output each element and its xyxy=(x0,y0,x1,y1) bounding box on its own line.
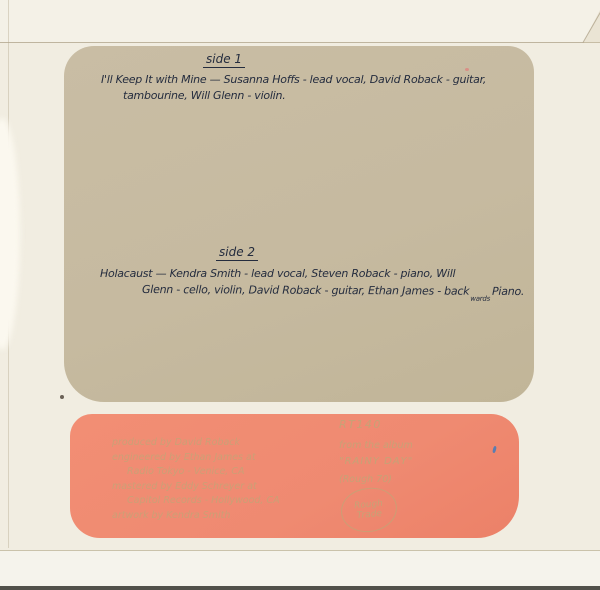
production-credits: produced by David Roback engineered by E… xyxy=(112,436,280,524)
side2-line2-end: Piano. xyxy=(492,285,524,298)
album-title: "RAINY DAY" xyxy=(339,456,413,467)
photo-bottom-edge xyxy=(0,586,600,590)
side2-line2-backwards-insert: wards xyxy=(470,295,490,303)
side2-credits-line2: Glenn - cello, violin, David Roback - gu… xyxy=(142,283,524,298)
from-the-album-text: from the album xyxy=(339,440,413,451)
side2-heading: side 2 xyxy=(216,245,258,261)
side2-credits-line1: Holacaust — Kendra Smith - lead vocal, S… xyxy=(100,267,455,280)
record-sleeve-back: side 1 I'll Keep It with Mine — Susanna … xyxy=(0,0,600,590)
catalog-number: RT140 xyxy=(339,418,382,431)
credit-produced: produced by David Roback xyxy=(112,436,280,451)
side1-credits-line2: tambourine, Will Glenn - violin. xyxy=(123,89,285,102)
credit-artwork: artwork by Kendra Smith xyxy=(112,509,280,524)
top-fold-crease xyxy=(0,42,600,43)
dark-speck xyxy=(60,395,64,399)
credit-engineered: engineered by Ethan James at xyxy=(112,451,280,466)
side1-heading: side 1 xyxy=(203,52,245,68)
pink-speck xyxy=(465,68,469,71)
credit-mastering-studio: Capitol Records - Hollywood, CA xyxy=(112,494,280,509)
sleeve-top-flap xyxy=(0,0,600,42)
sleeve-bottom-flap xyxy=(0,551,600,586)
worn-white-patch xyxy=(0,118,20,350)
credit-mastered: mastered by Eddy Schreyer at xyxy=(112,480,280,495)
side2-line2-start: Glenn - cello, violin, David Roback - gu… xyxy=(142,283,469,298)
side1-credits-line1: I'll Keep It with Mine — Susanna Hoffs -… xyxy=(101,73,486,86)
credit-studio: Radio Tokyo - Venice, CA xyxy=(112,465,280,480)
album-catalog-number: (Rough 70) xyxy=(339,474,392,485)
